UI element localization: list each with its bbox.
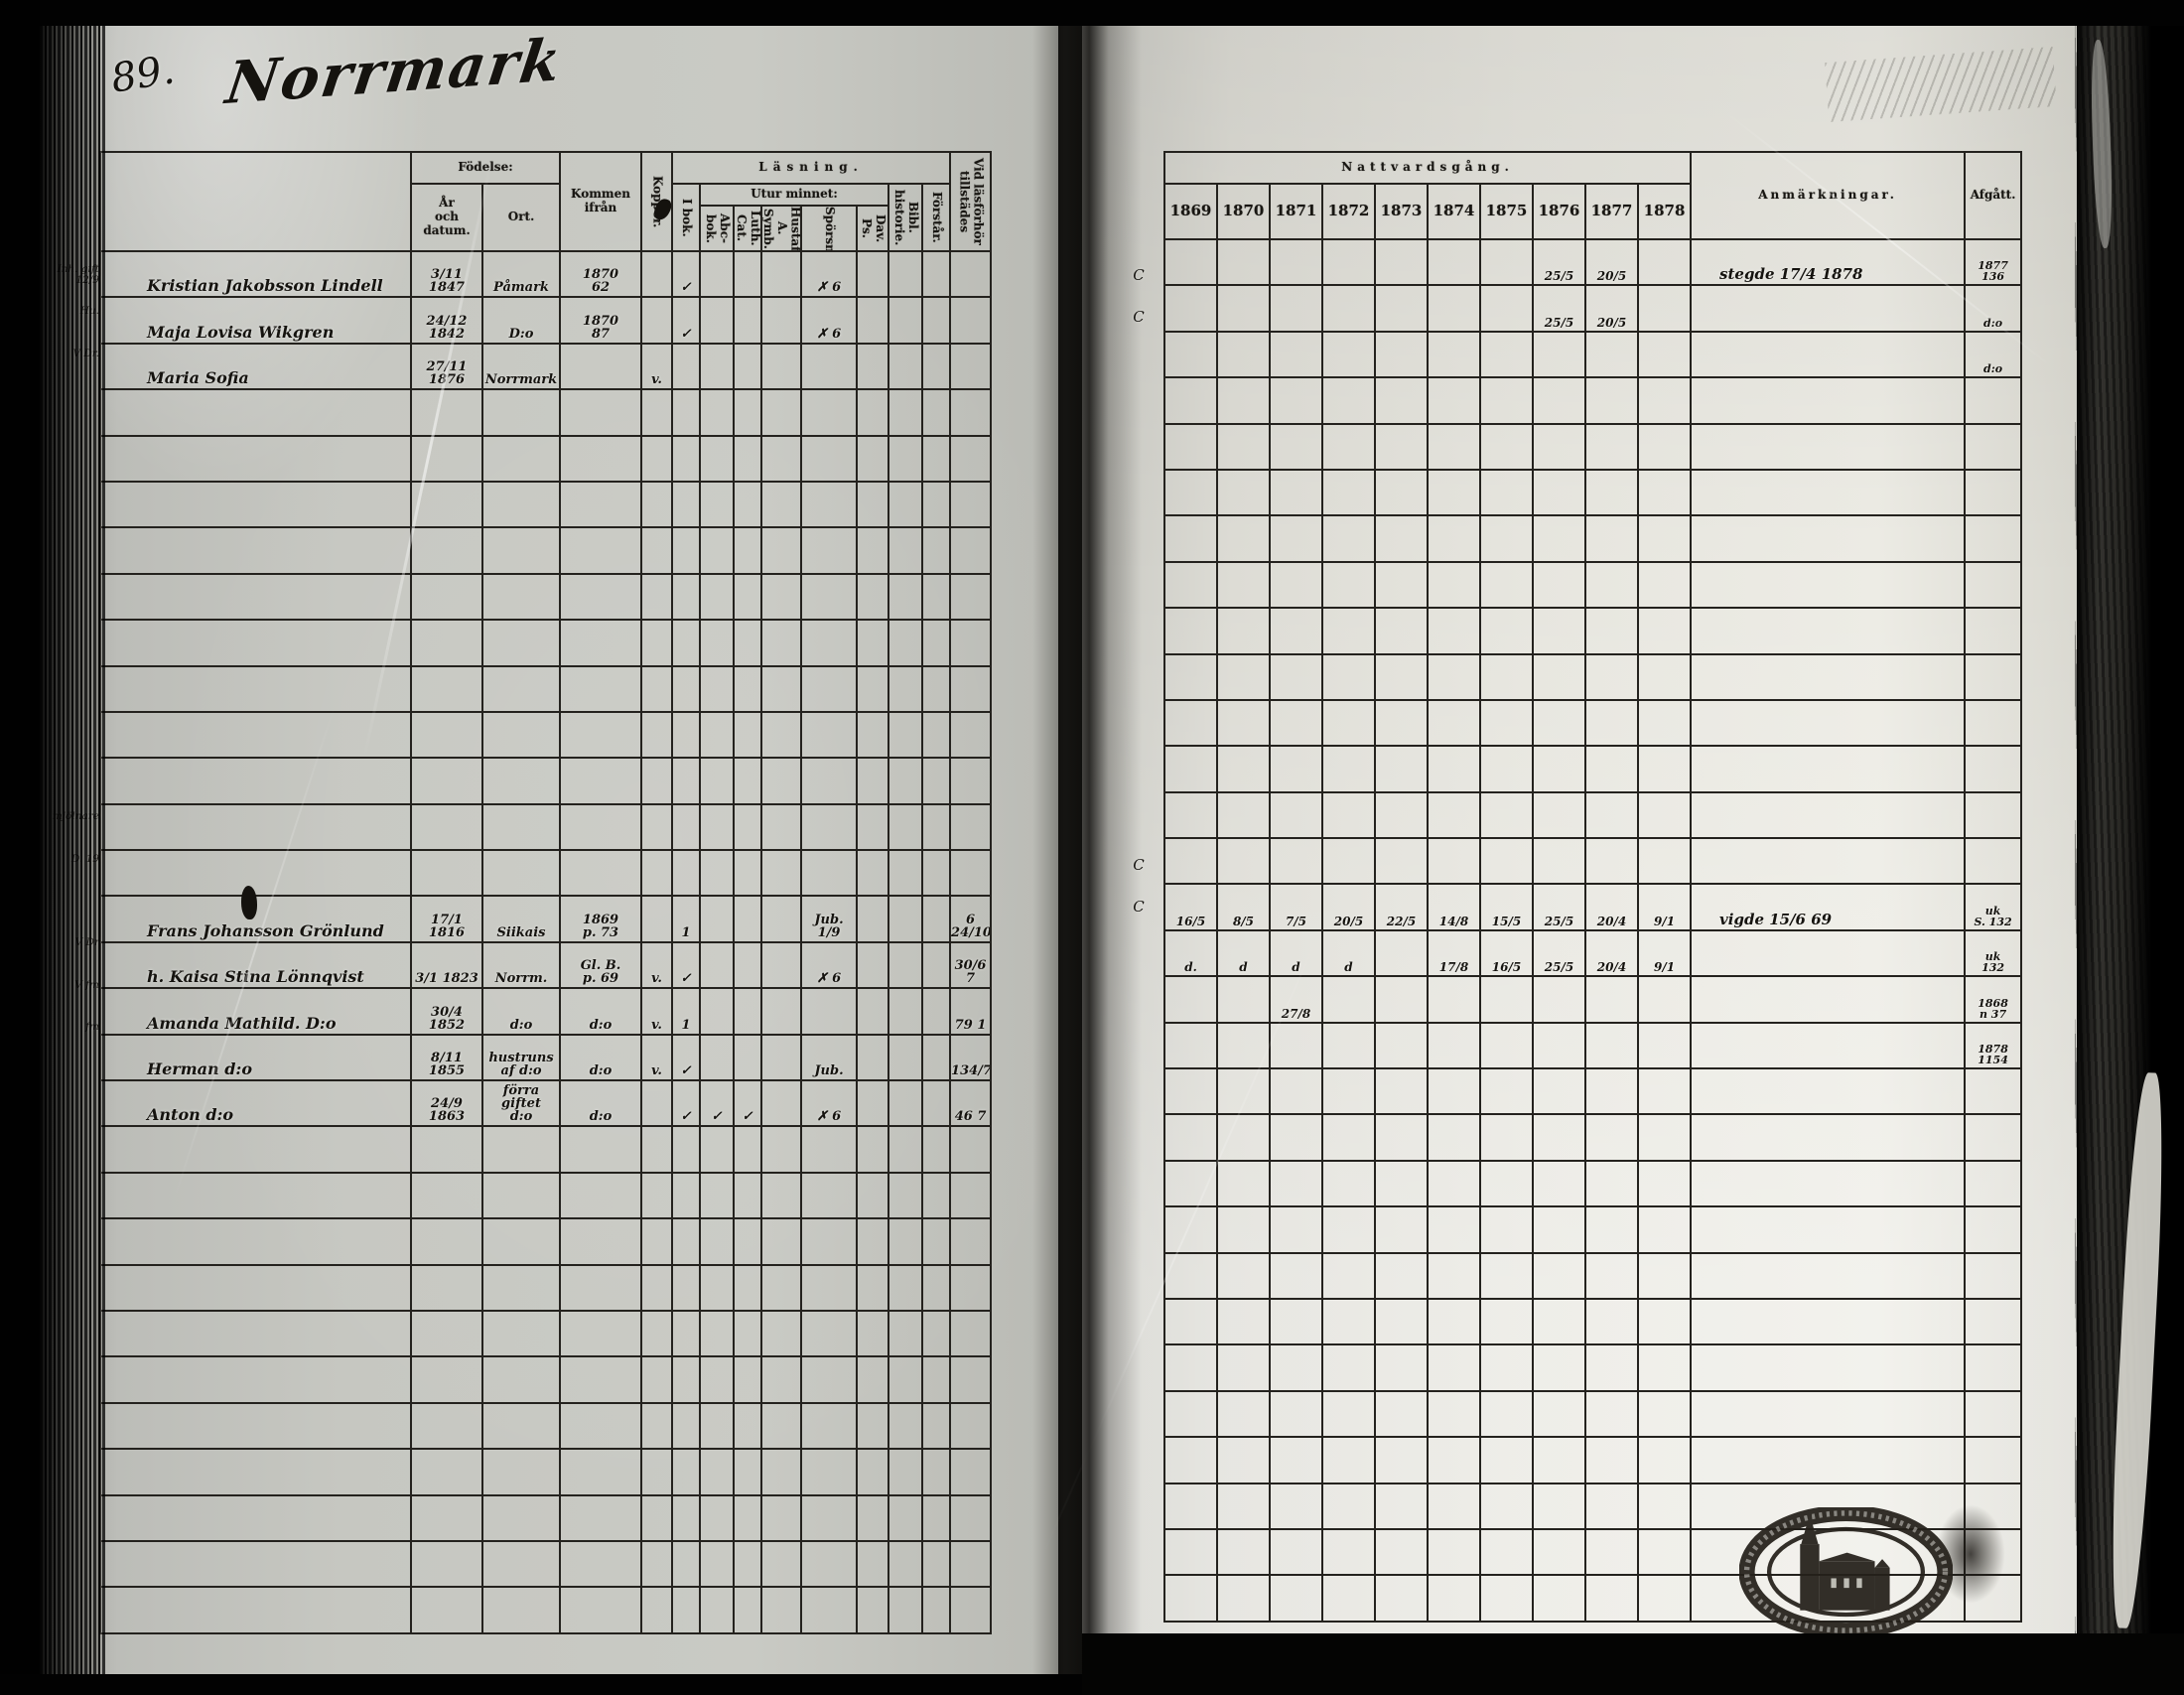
cell-luth	[734, 1495, 761, 1541]
cell-y1869	[1164, 1575, 1217, 1621]
cell-y1878: 9/1	[1638, 884, 1691, 929]
cell-y1873	[1375, 976, 1428, 1022]
cell-ort	[482, 1495, 560, 1541]
cell-kommen	[560, 1265, 641, 1311]
table-row	[1164, 470, 2021, 515]
cell-name	[100, 1356, 411, 1402]
cell-kommen	[560, 850, 641, 896]
cell-kommen	[560, 666, 641, 712]
cell-koppor	[641, 527, 672, 573]
cell-abc	[700, 666, 734, 712]
cell-y1874	[1428, 654, 1480, 700]
right-table-header: Nattvardsgång. Anmärkningar. Afgått. 186…	[1164, 152, 2021, 239]
cell-y1874	[1428, 1114, 1480, 1160]
cell-kommen	[560, 1495, 641, 1541]
cell-ort	[482, 1126, 560, 1172]
cell-datum	[411, 1403, 482, 1449]
cell-davps	[857, 527, 888, 573]
cell-y1869	[1164, 1114, 1217, 1160]
cell-y1878	[1638, 515, 1691, 561]
cell-y1878	[1638, 285, 1691, 331]
cell-y1878	[1638, 332, 1691, 377]
table-row	[100, 1541, 991, 1587]
cell-datum	[411, 1126, 482, 1172]
cell-spors: ✗ 6	[801, 297, 857, 343]
cell-y1874	[1428, 285, 1480, 331]
cell-spors	[801, 712, 857, 758]
cell-y1875	[1480, 608, 1533, 653]
cell-spors	[801, 344, 857, 389]
cell-y1869	[1164, 838, 1217, 884]
cell-kommen: d:o	[560, 1080, 641, 1126]
cell-afgatt	[1965, 746, 2021, 791]
cell-y1875	[1480, 792, 1533, 838]
cell-y1877	[1585, 1575, 1638, 1621]
cell-forstar	[922, 436, 950, 482]
cell-y1877	[1585, 792, 1638, 838]
cell-y1875	[1480, 1437, 1533, 1483]
cell-luth	[734, 1311, 761, 1356]
cell-hust	[761, 666, 801, 712]
cell-afgatt	[1965, 700, 2021, 746]
cell-afgatt	[1965, 470, 2021, 515]
cell-datum: 3/1 1823	[411, 942, 482, 988]
cell-kommen	[560, 758, 641, 803]
cell-ibok	[672, 1126, 700, 1172]
cell-y1872	[1322, 1575, 1375, 1621]
cell-y1872: 20/5	[1322, 884, 1375, 929]
cell-luth	[734, 1265, 761, 1311]
cell-anm	[1691, 1299, 1965, 1344]
cell-y1869	[1164, 515, 1217, 561]
cell-anm	[1691, 332, 1965, 377]
cell-luth	[734, 574, 761, 620]
cell-y1875: 15/5	[1480, 884, 1533, 929]
cell-y1869	[1164, 1437, 1217, 1483]
cell-anm	[1691, 976, 1965, 1022]
dav-ps-header: Dav. Ps.	[857, 206, 888, 251]
cell-datum	[411, 1495, 482, 1541]
cell-name	[100, 850, 411, 896]
cell-davps	[857, 896, 888, 941]
cell-vid	[950, 1126, 991, 1172]
cell-y1877	[1585, 1253, 1638, 1299]
cell-ibok	[672, 1541, 700, 1587]
cell-y1876	[1533, 1344, 1585, 1390]
cell-y1873	[1375, 1391, 1428, 1437]
cell-vid: 79 1	[950, 988, 991, 1034]
cell-y1878	[1638, 838, 1691, 884]
cell-y1874	[1428, 377, 1480, 423]
cell-y1878	[1638, 1299, 1691, 1344]
cell-kommen	[560, 1541, 641, 1587]
cell-name: Maria Sofia	[100, 344, 411, 389]
cell-ort	[482, 1356, 560, 1402]
cell-afgatt	[1965, 424, 2021, 470]
cell-afgatt	[1965, 1161, 2021, 1206]
cell-y1875	[1480, 1206, 1533, 1252]
cell-name	[100, 389, 411, 435]
cell-bibl	[888, 527, 922, 573]
cell-spors	[801, 1587, 857, 1632]
cell-bibl	[888, 850, 922, 896]
cell-y1878	[1638, 1344, 1691, 1390]
cell-datum	[411, 804, 482, 850]
cell-abc	[700, 1265, 734, 1311]
cell-forstar	[922, 1449, 950, 1494]
cell-y1872	[1322, 424, 1375, 470]
cell-abc	[700, 527, 734, 573]
cell-hust	[761, 527, 801, 573]
cell-abc: ✓	[700, 1080, 734, 1126]
cell-y1877	[1585, 1114, 1638, 1160]
cell-y1878	[1638, 377, 1691, 423]
cell-y1874	[1428, 1023, 1480, 1068]
cell-y1870	[1217, 285, 1270, 331]
sporsmal-header: Spörsmål.	[801, 206, 857, 251]
cell-y1874	[1428, 424, 1480, 470]
cell-y1871	[1270, 700, 1322, 746]
cell-ort	[482, 1541, 560, 1587]
cell-y1871: d	[1270, 930, 1322, 976]
cell-y1874	[1428, 1253, 1480, 1299]
cell-y1878	[1638, 470, 1691, 515]
cell-ibok: ✓	[672, 1080, 700, 1126]
cell-koppor: v.	[641, 988, 672, 1034]
table-row	[1164, 700, 2021, 746]
cell-hust	[761, 1080, 801, 1126]
cell-y1869	[1164, 1299, 1217, 1344]
cell-y1877	[1585, 838, 1638, 884]
cell-datum	[411, 1587, 482, 1632]
cell-ort	[482, 1587, 560, 1632]
cell-y1878: 9/1	[1638, 930, 1691, 976]
cell-datum: 3/11 1847	[411, 251, 482, 297]
cell-luth	[734, 1587, 761, 1632]
cell-y1876	[1533, 562, 1585, 608]
cell-luth	[734, 527, 761, 573]
cell-y1870	[1217, 1575, 1270, 1621]
table-row	[1164, 515, 2021, 561]
cell-ort	[482, 620, 560, 665]
cell-y1872	[1322, 1483, 1375, 1529]
year-header: 1878	[1638, 184, 1691, 239]
cell-y1876	[1533, 424, 1585, 470]
year-header: 1872	[1322, 184, 1375, 239]
cell-luth	[734, 1449, 761, 1494]
cell-y1875	[1480, 377, 1533, 423]
left-table-header: Födelse: Kommen ifrån Koppor. Läsning. V…	[100, 152, 991, 251]
cell-y1871: 7/5	[1270, 884, 1322, 929]
cell-hust	[761, 436, 801, 482]
cell-y1875	[1480, 1299, 1533, 1344]
cell-y1877	[1585, 1068, 1638, 1114]
cell-forstar	[922, 1265, 950, 1311]
cell-y1877: 20/4	[1585, 930, 1638, 976]
cell-ort	[482, 574, 560, 620]
cell-afgatt	[1965, 1299, 2021, 1344]
table-row	[1164, 746, 2021, 791]
cell-forstar	[922, 988, 950, 1034]
cell-ort	[482, 758, 560, 803]
cell-y1876	[1533, 1483, 1585, 1529]
cell-y1875	[1480, 424, 1533, 470]
cell-y1869	[1164, 792, 1217, 838]
cell-y1869	[1164, 608, 1217, 653]
cell-vid	[950, 620, 991, 665]
cell-y1876	[1533, 1253, 1585, 1299]
cell-y1878	[1638, 239, 1691, 285]
cell-y1876	[1533, 654, 1585, 700]
cell-ibok: 1	[672, 988, 700, 1034]
cell-name	[100, 1495, 411, 1541]
cell-hust	[761, 1403, 801, 1449]
cell-datum	[411, 1311, 482, 1356]
cell-anm	[1691, 746, 1965, 791]
cell-y1871: 27/8	[1270, 976, 1322, 1022]
cell-bibl	[888, 344, 922, 389]
communion-table: Nattvardsgång. Anmärkningar. Afgått. 186…	[1163, 151, 2022, 1623]
cell-forstar	[922, 527, 950, 573]
cell-y1872	[1322, 1161, 1375, 1206]
cell-kommen	[560, 574, 641, 620]
cell-datum	[411, 666, 482, 712]
cell-bibl	[888, 1587, 922, 1632]
cell-luth	[734, 804, 761, 850]
left-table-body: Kristian Jakobsson Lindell3/11 1847Påmar…	[100, 251, 991, 1633]
cell-afgatt	[1965, 1344, 2021, 1390]
cell-forstar	[922, 1218, 950, 1264]
cell-afgatt	[1965, 792, 2021, 838]
cell-y1878	[1638, 1483, 1691, 1529]
cell-forstar	[922, 1080, 950, 1126]
cell-hust	[761, 1173, 801, 1218]
cell-y1869	[1164, 377, 1217, 423]
cell-bibl	[888, 574, 922, 620]
cell-y1877	[1585, 1344, 1638, 1390]
cell-y1872	[1322, 377, 1375, 423]
cell-name: Amanda Mathild. D:o	[100, 988, 411, 1034]
cell-kommen	[560, 389, 641, 435]
cell-y1870	[1217, 515, 1270, 561]
cell-forstar	[922, 666, 950, 712]
cell-koppor	[641, 804, 672, 850]
table-row	[100, 1495, 991, 1541]
cell-forstar	[922, 620, 950, 665]
cell-name	[100, 482, 411, 527]
cell-koppor	[641, 1311, 672, 1356]
cell-bibl	[888, 251, 922, 297]
table-row: Maria Sofia27/11 1876Norrmarkv.	[100, 344, 991, 389]
cell-name	[100, 1587, 411, 1632]
table-row	[100, 574, 991, 620]
cell-spors	[801, 527, 857, 573]
cell-y1871	[1270, 239, 1322, 285]
cell-abc	[700, 1587, 734, 1632]
cell-hust	[761, 620, 801, 665]
cell-ibok	[672, 1587, 700, 1632]
cell-bibl	[888, 1311, 922, 1356]
cell-name	[100, 1265, 411, 1311]
cell-kommen	[560, 1403, 641, 1449]
cell-koppor	[641, 758, 672, 803]
table-row: d:o	[1164, 332, 2021, 377]
cell-datum	[411, 850, 482, 896]
book-spine-texture	[36, 0, 105, 1695]
cell-y1871	[1270, 1483, 1322, 1529]
cell-ibok: ✓	[672, 297, 700, 343]
cell-afgatt	[1965, 515, 2021, 561]
scan-border-top	[0, 0, 2184, 26]
page-number: 89.	[108, 47, 178, 101]
cell-davps	[857, 251, 888, 297]
cell-y1871	[1270, 1575, 1322, 1621]
cell-forstar	[922, 344, 950, 389]
table-row	[100, 1265, 991, 1311]
cell-y1872	[1322, 1068, 1375, 1114]
cell-koppor	[641, 1541, 672, 1587]
cell-y1876	[1533, 332, 1585, 377]
cell-anm	[1691, 608, 1965, 653]
cell-afgatt: uk S. 132	[1965, 884, 2021, 929]
cell-spors	[801, 1218, 857, 1264]
cell-bibl	[888, 482, 922, 527]
cell-spors: Jub. 1/9	[801, 896, 857, 941]
cell-hust	[761, 251, 801, 297]
cell-davps	[857, 620, 888, 665]
cell-y1877	[1585, 976, 1638, 1022]
cell-kommen	[560, 1126, 641, 1172]
table-row	[100, 666, 991, 712]
year-header: 1870	[1217, 184, 1270, 239]
table-row: 1878 1154	[1164, 1023, 2021, 1068]
cell-y1870	[1217, 1344, 1270, 1390]
cell-y1869	[1164, 1023, 1217, 1068]
cell-datum: 30/4 1852	[411, 988, 482, 1034]
cell-abc	[700, 942, 734, 988]
cell-y1878	[1638, 1391, 1691, 1437]
cell-kommen: 1869 p. 73	[560, 896, 641, 941]
cell-forstar	[922, 251, 950, 297]
year-header: 1875	[1480, 184, 1533, 239]
cell-y1871	[1270, 1437, 1322, 1483]
cell-ibok	[672, 1311, 700, 1356]
table-row	[100, 482, 991, 527]
table-row	[100, 1218, 991, 1264]
cell-y1875	[1480, 1391, 1533, 1437]
table-row	[100, 758, 991, 803]
cell-bibl	[888, 1403, 922, 1449]
cell-koppor	[641, 1126, 672, 1172]
cell-name	[100, 1403, 411, 1449]
cell-y1875	[1480, 1483, 1533, 1529]
cell-ort: Norrmark	[482, 344, 560, 389]
cell-abc	[700, 1449, 734, 1494]
cell-bibl	[888, 1449, 922, 1494]
cell-vid: 46 7	[950, 1080, 991, 1126]
cell-davps	[857, 1173, 888, 1218]
cell-spors	[801, 1541, 857, 1587]
cell-vid	[950, 1311, 991, 1356]
cell-davps	[857, 1449, 888, 1494]
cell-y1869	[1164, 654, 1217, 700]
cell-afgatt: 1878 1154	[1965, 1023, 2021, 1068]
cell-y1870	[1217, 1253, 1270, 1299]
cell-bibl	[888, 389, 922, 435]
cell-luth	[734, 344, 761, 389]
cell-y1870	[1217, 1114, 1270, 1160]
cell-spors	[801, 1265, 857, 1311]
cell-y1878	[1638, 654, 1691, 700]
cell-vid	[950, 297, 991, 343]
cell-name	[100, 620, 411, 665]
cell-y1877	[1585, 377, 1638, 423]
scanned-register-page: 89. Norrmark Födelse: Kommen ifrån Koppo…	[0, 0, 2184, 1695]
cell-y1876	[1533, 1023, 1585, 1068]
cell-y1877	[1585, 1299, 1638, 1344]
cell-name	[100, 758, 411, 803]
abc-bok-header: Abc-bok.	[700, 206, 734, 251]
cell-y1869	[1164, 700, 1217, 746]
cell-y1870	[1217, 239, 1270, 285]
cell-y1871	[1270, 1114, 1322, 1160]
cell-vid	[950, 1403, 991, 1449]
cell-y1871	[1270, 285, 1322, 331]
cell-y1875	[1480, 470, 1533, 515]
cell-anm	[1691, 1206, 1965, 1252]
cell-y1874	[1428, 239, 1480, 285]
cell-y1872	[1322, 608, 1375, 653]
cell-luth	[734, 1541, 761, 1587]
cell-anm: stegde 17/4 1878	[1691, 239, 1965, 285]
cell-anm	[1691, 1344, 1965, 1390]
cell-y1876	[1533, 1206, 1585, 1252]
cell-y1873	[1375, 654, 1428, 700]
cell-anm	[1691, 377, 1965, 423]
cell-y1870	[1217, 1206, 1270, 1252]
cell-y1878	[1638, 1023, 1691, 1068]
cell-y1878	[1638, 1437, 1691, 1483]
table-row	[100, 712, 991, 758]
cell-y1870: d	[1217, 930, 1270, 976]
cell-y1873	[1375, 1299, 1428, 1344]
cell-forstar	[922, 804, 950, 850]
cell-y1874	[1428, 1575, 1480, 1621]
table-row	[1164, 562, 2021, 608]
cell-bibl	[888, 436, 922, 482]
cell-ibok: ✓	[672, 1035, 700, 1080]
cell-y1877	[1585, 1437, 1638, 1483]
cell-hust	[761, 896, 801, 941]
cell-y1876	[1533, 1299, 1585, 1344]
cell-kommen: Gl. B. p. 69	[560, 942, 641, 988]
cell-forstar	[922, 1495, 950, 1541]
table-row	[1164, 1114, 2021, 1160]
cell-y1877: 20/5	[1585, 239, 1638, 285]
cell-kommen	[560, 1356, 641, 1402]
cell-y1873	[1375, 1206, 1428, 1252]
cell-afgatt: uk 132	[1965, 930, 2021, 976]
cell-y1877	[1585, 1023, 1638, 1068]
table-row	[100, 527, 991, 573]
cell-y1875	[1480, 285, 1533, 331]
table-row	[1164, 1161, 2021, 1206]
cell-ort: förra giftet d:o	[482, 1080, 560, 1126]
cell-davps	[857, 804, 888, 850]
cell-y1871	[1270, 792, 1322, 838]
cell-afgatt: 1868 n 37	[1965, 976, 2021, 1022]
cell-luth	[734, 850, 761, 896]
